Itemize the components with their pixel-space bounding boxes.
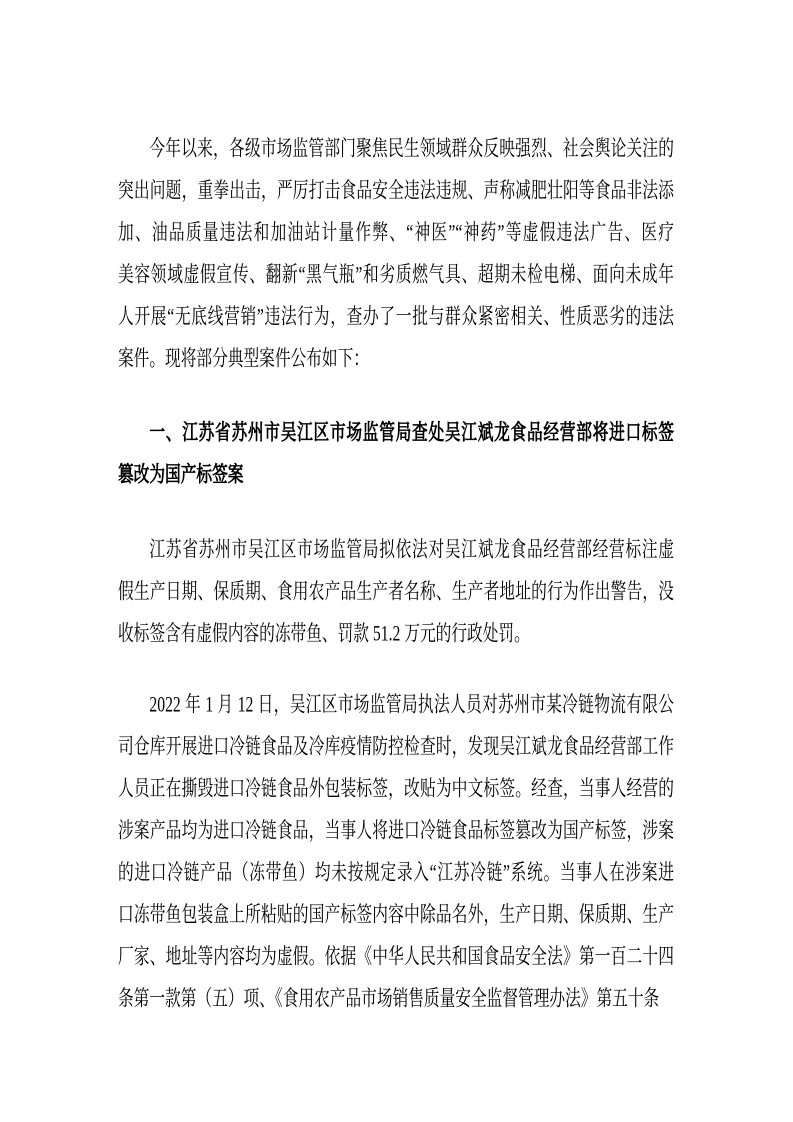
case-section-heading: 一、江苏省苏州市吴江区市场监管局查处吴江斌龙食品经营部将进口标签 篡改为国产标签… bbox=[118, 413, 674, 497]
intro-paragraph: 今年以来，各级市场监管部门聚焦民生领域群众反映强烈、社会舆论关注的 突出问题，重… bbox=[118, 129, 674, 381]
text-line: 条第一款第（五）项、《食用农产品市场销售质量安全监督管理办法》第五十条 bbox=[118, 971, 674, 1029]
text-line: 收标签含有虚假内容的冻带鱼、罚款 51.2 万元的行政处罚。 bbox=[118, 606, 674, 664]
penalty-summary-paragraph: 江苏省苏州市吴江区市场监管局拟依法对吴江斌龙食品经营部经营标注虚 假生产日期、保… bbox=[118, 530, 674, 656]
text-line: 案件。现将部分典型案件公布如下： bbox=[118, 331, 674, 389]
document-page: 今年以来，各级市场监管部门聚焦民生领域群众反映强烈、社会舆论关注的 突出问题，重… bbox=[0, 0, 793, 1122]
document-content: 今年以来，各级市场监管部门聚焦民生领域群众反映强烈、社会舆论关注的 突出问题，重… bbox=[118, 129, 674, 1021]
case-details-paragraph: 2022 年 1 月 12 日，吴江区市场监管局执法人员对苏州市某冷链物流有限公… bbox=[118, 685, 674, 1021]
heading-line: 篡改为国产标签案 bbox=[118, 447, 674, 505]
